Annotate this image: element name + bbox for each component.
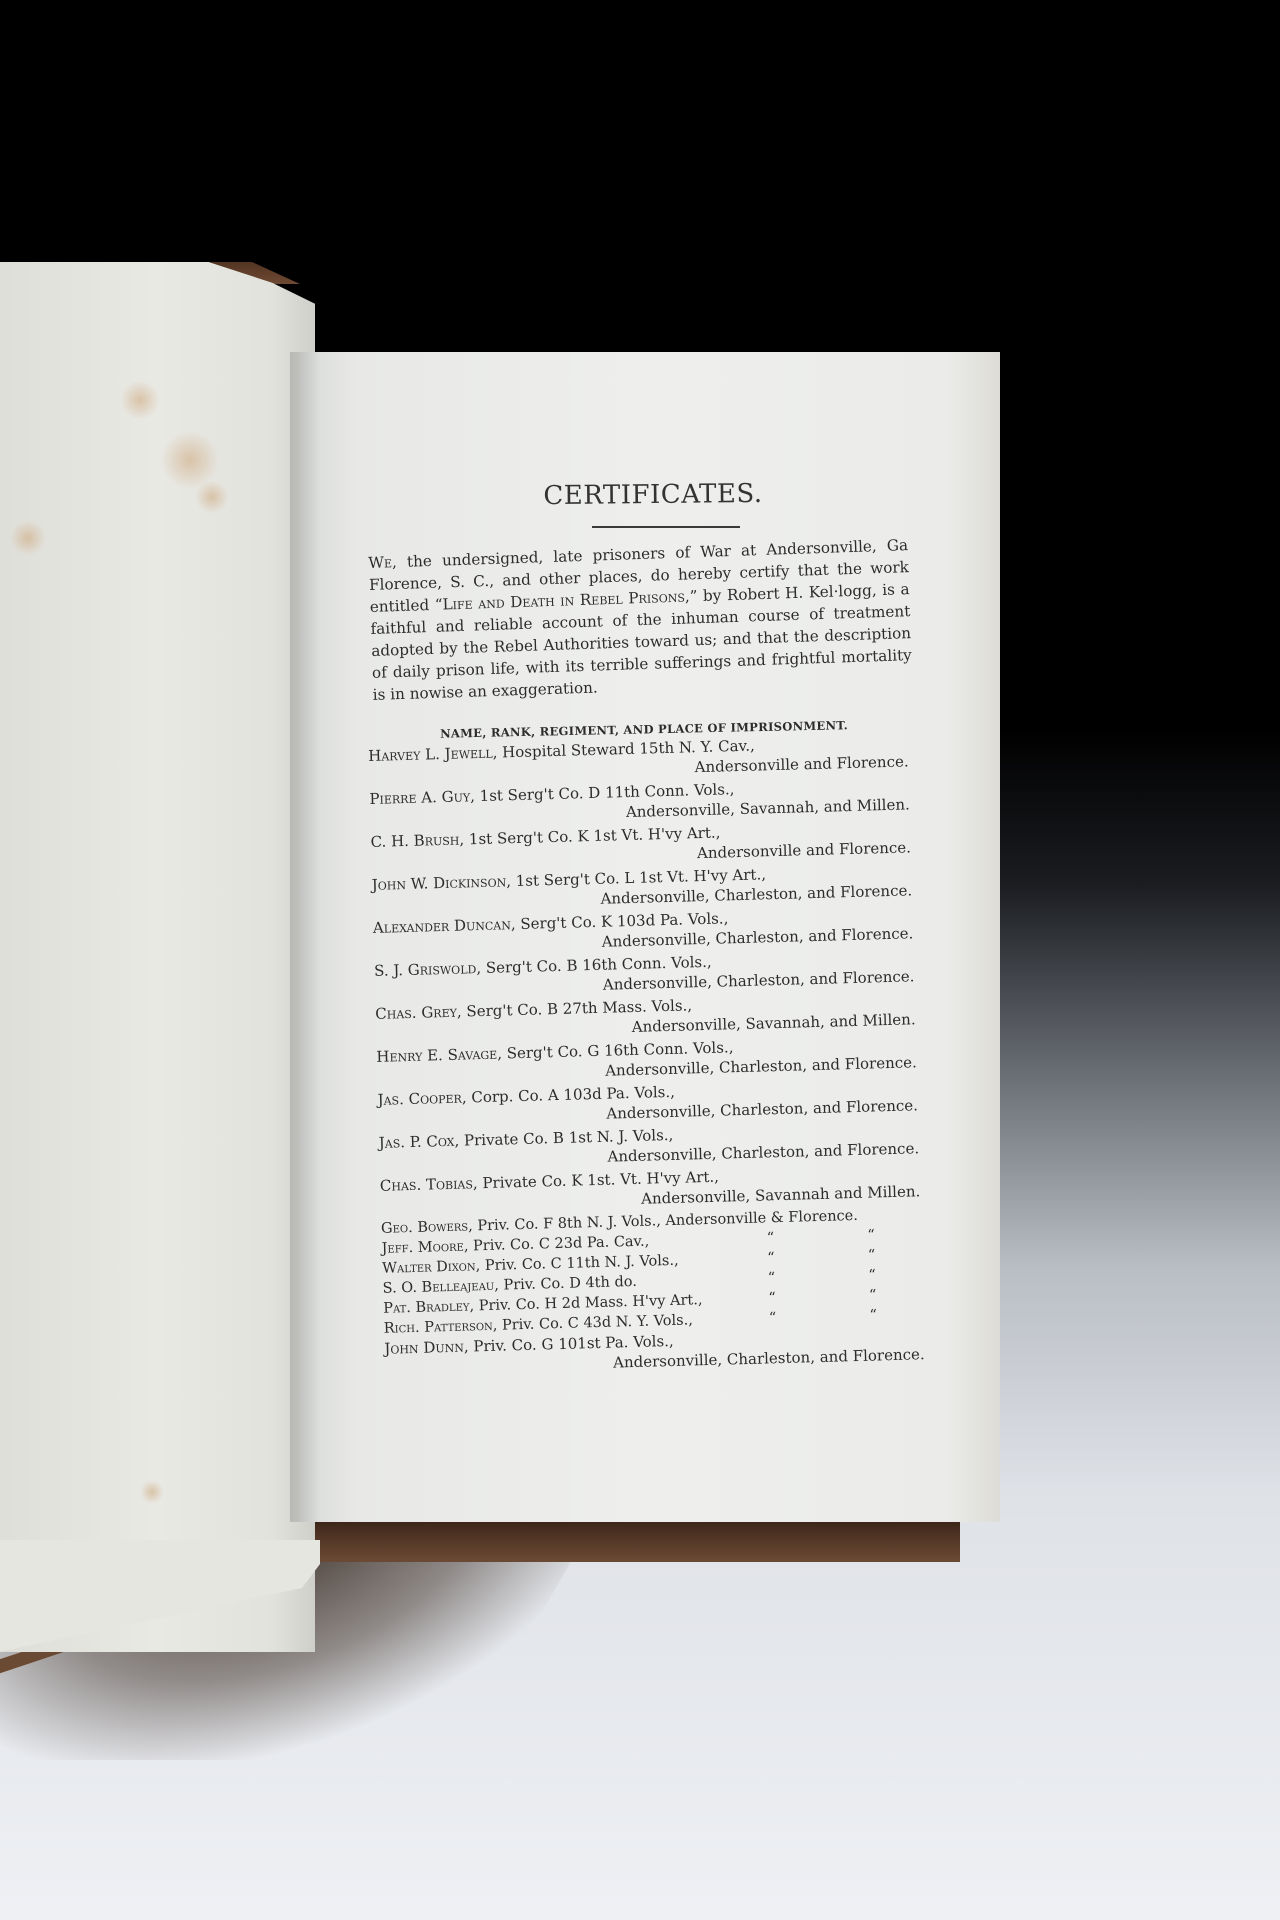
page-gutter <box>290 352 320 1522</box>
ditto-mark: “ <box>721 1267 822 1290</box>
ditto-mark: “ <box>822 1264 923 1287</box>
book-cover-edge <box>300 1520 960 1562</box>
page-content: CERTIFICATES. We, the undersigned, late … <box>368 480 908 1382</box>
foxing-stain <box>10 520 46 556</box>
ditto-mark: “ <box>820 1224 921 1247</box>
foxing-stain <box>120 380 160 420</box>
certificate-paragraph: We, the undersigned, late prisoners of W… <box>368 534 913 706</box>
lead-word: We <box>368 553 392 572</box>
ditto-mark: “ <box>722 1307 823 1330</box>
ditto-mark: “ <box>822 1284 923 1307</box>
ditto-mark: “ <box>721 1287 822 1310</box>
foxing-stain <box>140 1480 164 1504</box>
page-title: CERTIFICATES. <box>398 477 908 512</box>
book-title: Life and Death in Rebel Prisons <box>442 588 685 614</box>
backdrop <box>990 700 1280 1600</box>
title-rule <box>592 526 740 528</box>
ditto-mark: “ <box>720 1227 821 1250</box>
ditto-mark: “ <box>720 1247 821 1270</box>
ditto-mark: “ <box>823 1304 924 1327</box>
left-page <box>0 262 315 1652</box>
signatory-list: Harvey L. Jewell, Hospital Steward 15th … <box>368 731 925 1378</box>
ditto-mark: “ <box>821 1244 922 1267</box>
foxing-stain <box>195 480 229 514</box>
